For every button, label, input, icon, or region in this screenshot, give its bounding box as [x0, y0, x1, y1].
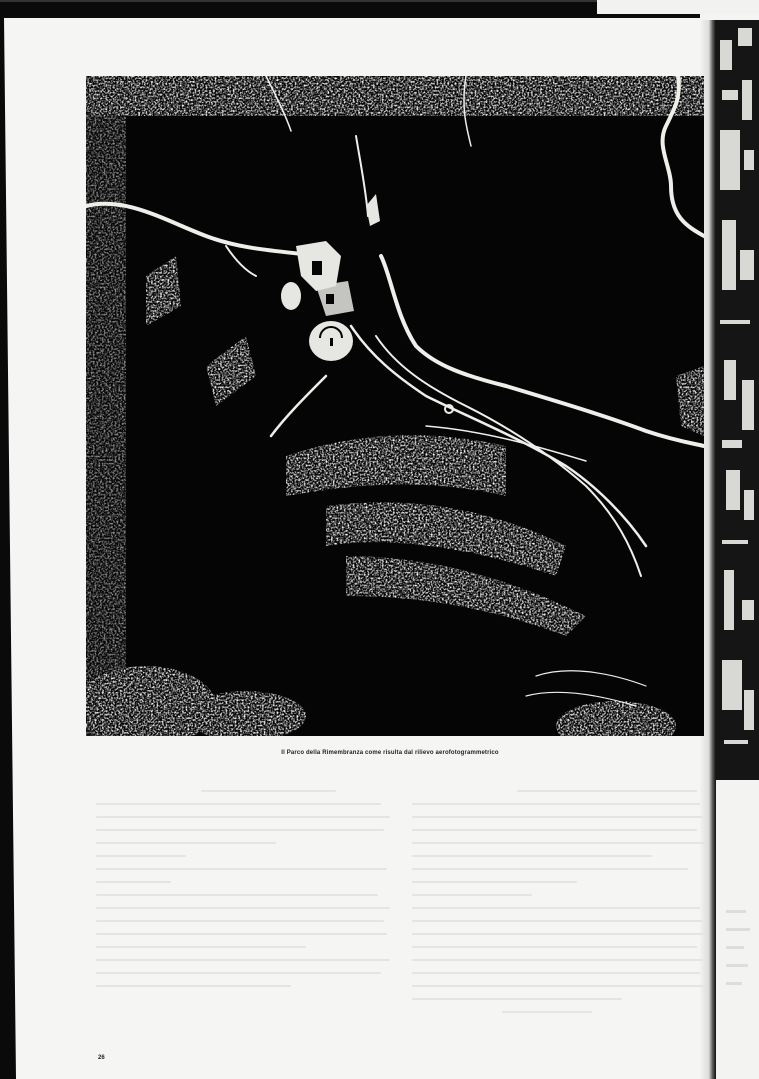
- scan-border-top: [0, 0, 700, 20]
- scan-background: [597, 0, 759, 14]
- page-number: 26: [98, 1055, 105, 1061]
- facing-page-text-fragment: [716, 780, 759, 1079]
- facing-page-photo-edge: [716, 20, 759, 780]
- aerial-photograph: [86, 76, 704, 736]
- body-text-column-right: [412, 790, 712, 1024]
- figure-caption: Il Parco della Rimembranza come risulta …: [120, 750, 660, 756]
- body-text-column-left: [96, 790, 396, 998]
